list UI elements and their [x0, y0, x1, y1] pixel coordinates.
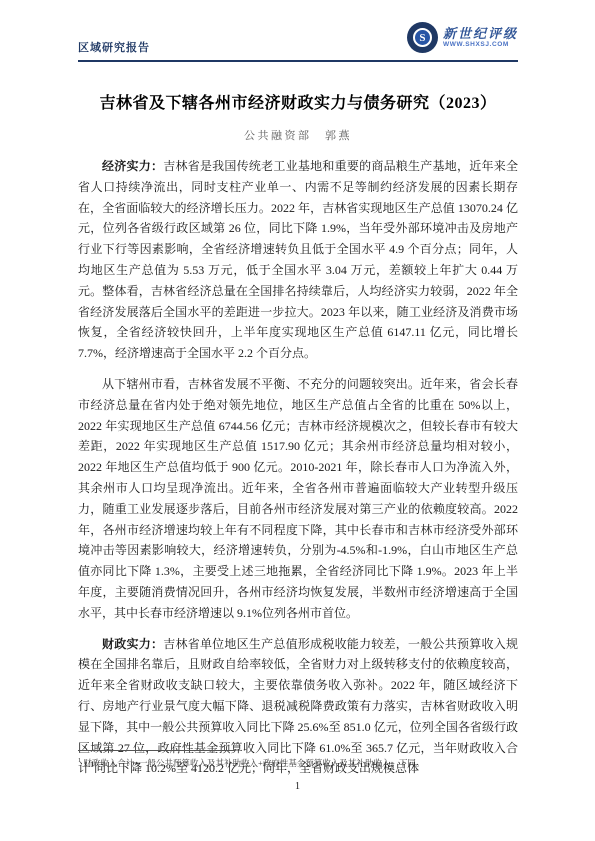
paragraph-economic-strength: 经济实力：吉林省是我国传统老工业基地和重要的商品粮生产基地，近年来全省人口持续净… [78, 156, 518, 364]
footnote-divider [78, 750, 235, 751]
paragraph-lead: 财政实力： [102, 637, 163, 651]
footnote-text: 1财政收入合计=一般公共预算收入及其补助收入+政府性基金预算收入及其补助收入，下… [78, 755, 518, 769]
paragraph-text: 从下辖州市看，吉林省发展不平衡、不充分的问题较突出。近年来，省会长春市经济总量在… [78, 377, 518, 620]
paragraph-lead: 经济实力： [102, 159, 163, 173]
footnote-content: 财政收入合计=一般公共预算收入及其补助收入+政府性基金预算收入及其补助收入，下同… [83, 758, 424, 768]
logo-emblem-icon: S [407, 22, 438, 53]
footnote-block: 1财政收入合计=一般公共预算收入及其补助收入+政府性基金预算收入及其补助收入，下… [78, 750, 518, 769]
byline: 公共融资部 郭燕 [78, 127, 518, 143]
brand-name: 新世纪评级 [443, 27, 518, 41]
document-page: 区域研究报告 S 新世纪评级 WWW.SHXSJ.COM 吉林省及下辖各州市经济… [0, 0, 595, 841]
page-number: 1 [0, 781, 595, 792]
document-title: 吉林省及下辖各州市经济财政实力与债务研究（2023） [78, 90, 518, 113]
report-type-label: 区域研究报告 [78, 39, 150, 55]
logo-emblem-glyph: S [413, 28, 432, 47]
paragraph-prefecture-overview: 从下辖州市看，吉林省发展不平衡、不充分的问题较突出。近年来，省会长春市经济总量在… [78, 374, 518, 624]
logo-text: 新世纪评级 WWW.SHXSJ.COM [443, 27, 518, 49]
company-logo: S 新世纪评级 WWW.SHXSJ.COM [407, 22, 518, 53]
brand-website: WWW.SHXSJ.COM [443, 41, 518, 49]
paragraph-text: 吉林省是我国传统老工业基地和重要的商品粮生产基地，近年来全省人口持续净流出，同时… [78, 159, 518, 360]
footnote-marker: 1 [78, 757, 81, 764]
page-header: 区域研究报告 S 新世纪评级 WWW.SHXSJ.COM [78, 0, 518, 62]
document-body: 经济实力：吉林省是我国传统老工业基地和重要的商品粮生产基地，近年来全省人口持续净… [78, 156, 518, 779]
